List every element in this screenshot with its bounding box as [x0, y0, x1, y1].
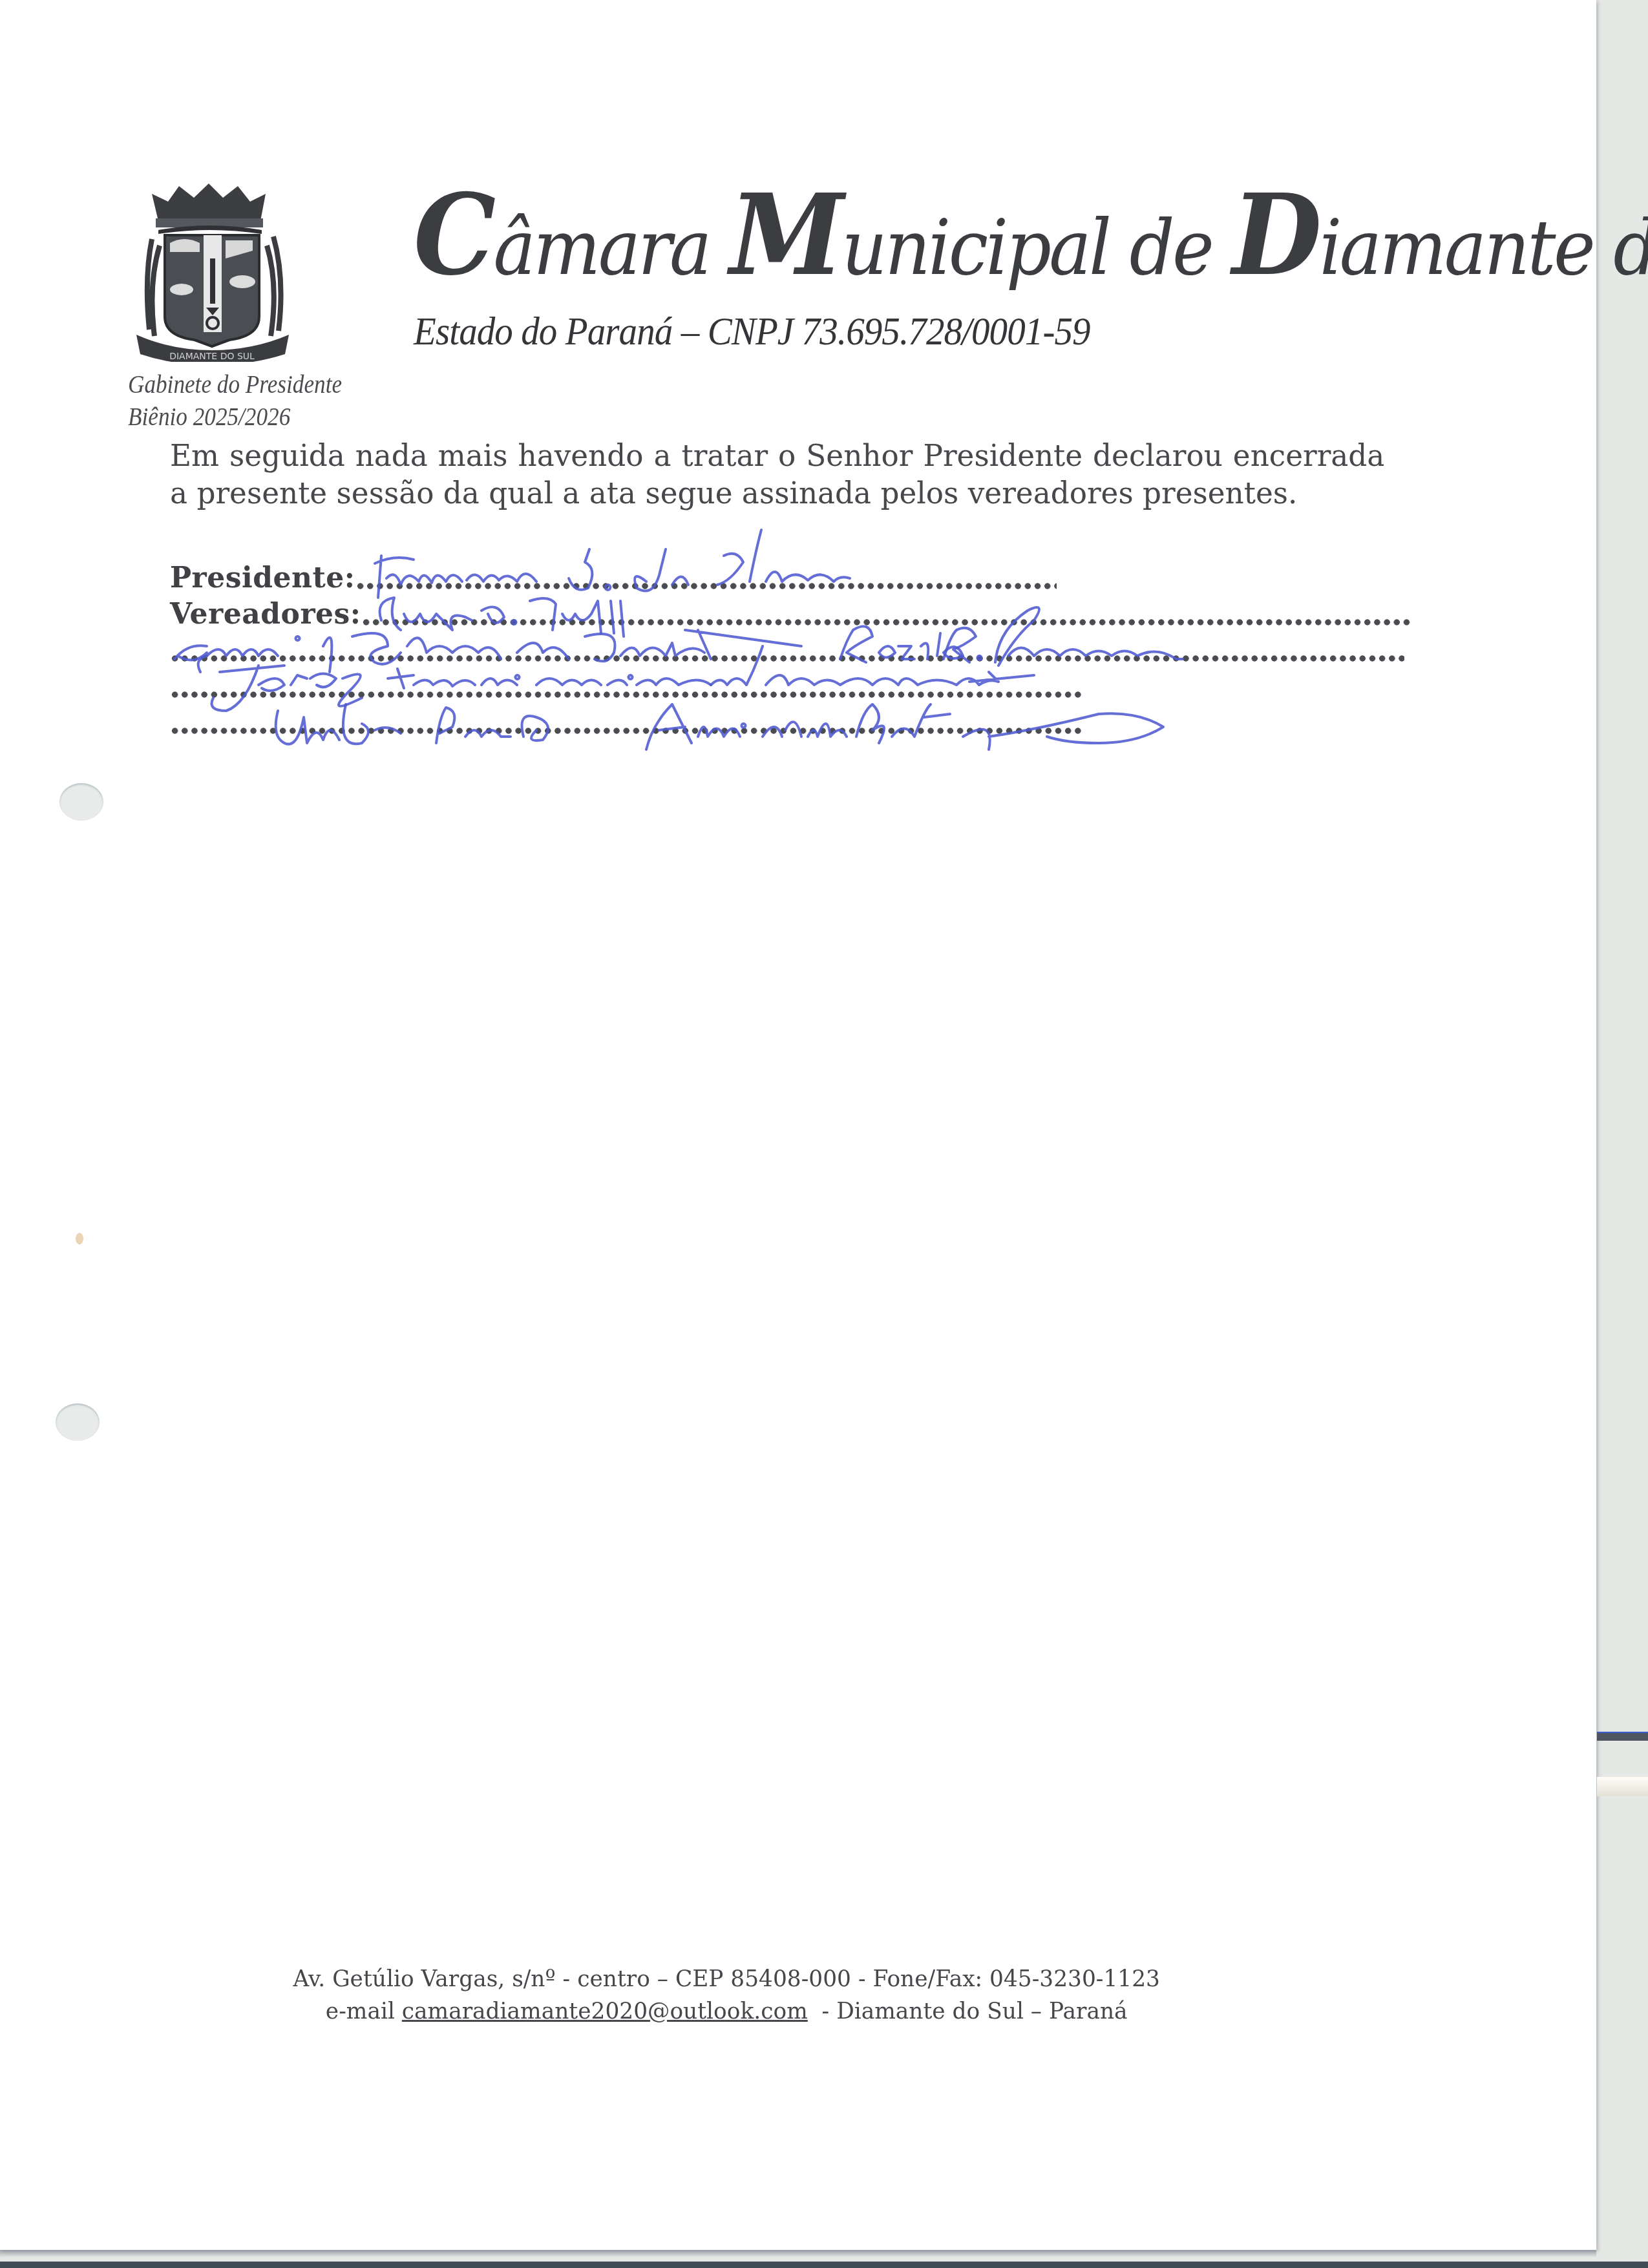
signature-line-5 [170, 704, 1081, 739]
president-label: Presidente: [170, 562, 355, 594]
title-word: âmara [494, 203, 730, 292]
councilors-signature-line: Vereadores: [170, 596, 1412, 631]
state-and-cnpj: Estado do Paraná – CNPJ 73.695.728/0001-… [414, 309, 1090, 355]
title-initial: C [414, 169, 494, 300]
cabinet-label: Gabinete do Presidente [128, 368, 342, 401]
signature-line-4 [170, 668, 1081, 703]
page-bottom-shadow [0, 2250, 1596, 2258]
coat-of-arms-icon: DIAMANTE DO SUL [132, 181, 307, 362]
president-signature-line: Presidente: [170, 560, 1057, 594]
dotted-line [170, 728, 1081, 734]
title-word: unicipal de [841, 203, 1232, 292]
footer-email-label: e-mail [326, 1998, 402, 2024]
scanner-strip-band [1597, 1732, 1648, 1741]
crest-banner-text: DIAMANTE DO SUL [169, 352, 255, 362]
scanner-strip-light [1597, 1777, 1648, 1796]
dotted-line [355, 583, 1057, 589]
hole-punch-bottom [56, 1403, 100, 1441]
footer-contact-line: e-mail camaradiamante2020@outlook.com - … [236, 1995, 1217, 2028]
footer-city-state: - Diamante do Sul – Paraná [808, 1998, 1128, 2024]
scanner-bottom-edge [0, 2262, 1648, 2268]
footer-address: Av. Getúlio Vargas, s/nº - centro – CEP … [236, 1963, 1217, 1995]
councilors-label: Vereadores: [170, 598, 361, 631]
page-footer: Av. Getúlio Vargas, s/nº - centro – CEP … [236, 1963, 1217, 2028]
signature-line-3 [170, 632, 1404, 667]
title-word: iamante do [1319, 203, 1648, 292]
dotted-line [170, 655, 1404, 662]
title-initial: D [1232, 169, 1319, 300]
closing-paragraph: Em seguida nada mais havendo a tratar o … [170, 437, 1384, 512]
institution-title: Câmara Municipal de Diamante do Sul [414, 169, 1648, 300]
dotted-line [361, 619, 1412, 625]
biennium-label: Biênio 2025/2026 [128, 401, 342, 433]
title-initial: M [730, 169, 841, 300]
paper-speck [76, 1233, 83, 1244]
dotted-line [170, 691, 1081, 698]
cabinet-block: Gabinete do Presidente Biênio 2025/2026 [128, 368, 342, 433]
footer-email-link[interactable]: camaradiamante2020@outlook.com [402, 1998, 808, 2024]
hole-punch-top [59, 783, 103, 821]
